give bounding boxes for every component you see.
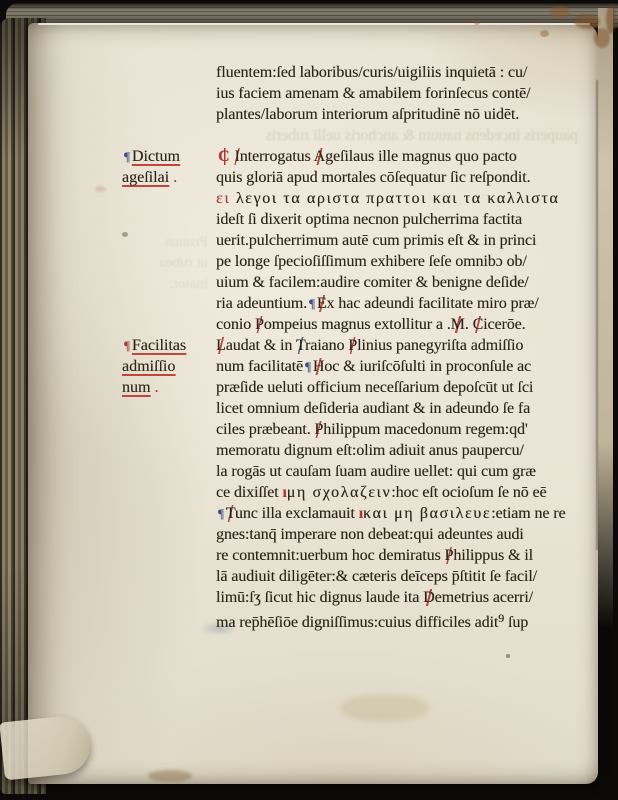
text-segment: D [423,589,434,606]
text-line: licet omnium deſideria audiant & in adeu… [216,398,578,419]
text-segment: ciles præbeant. [216,421,314,438]
text-line: conio Pompeius magnus extollitur a .M. C… [216,314,578,335]
text-line: præſide ueluti officium neceſſarium depo… [216,377,578,398]
text-line: limū:ſʒ ſicut hic dignus laude ita Demet… [216,587,578,608]
text-segment: Facilitas [132,337,186,354]
text-segment: M [451,316,465,333]
text-line: la rogās ut cauſam ſuam audire uellet: q… [216,461,578,482]
text-segment: la rogās ut cauſam ſuam audire uellet: q… [216,463,536,480]
text-segment: T [296,337,305,354]
text-segment: . [465,316,473,333]
text-line: ¶Tunc illa exclamauit ıκαι μη βασιλευε:e… [216,503,578,524]
text-line: CInterrogatus Ageſilaus ille magnus quo … [216,146,578,167]
text-segment: . [169,169,177,186]
text-line: num facilitatē¶Hoc & iuriſcōſulti in pro… [216,356,578,377]
text-segment: audat & in [226,337,296,354]
text-segment: C [473,316,484,333]
text-segment: licet omnium deſideria audiant & in adeu… [216,400,530,417]
margin-note-facilitas-admissionum: ¶Facilitasadmiſſionum . [122,335,214,398]
underlying-page-edge [598,8,613,628]
text-segment: plantes/laborum interiorum aſpritudinē n… [216,106,519,123]
text-segment: icerōe. [483,316,525,333]
text-segment: quis gloriā apud mortales cōſequatur ſic… [216,169,530,186]
text-segment: unc illa exclamauit [235,505,359,522]
text-segment: ageſilai [122,169,169,186]
text-segment: ει [216,190,236,207]
text-segment: μη σχολαζειν [287,484,392,501]
text-segment: re contemnit:uerbum hoc demiratus [216,547,445,564]
text-line: lā audiuit diligēter:& cæteris deīceps p… [216,566,578,587]
text-segment: emetrius acerri/ [435,589,533,606]
text-segment: Dictum [132,148,180,165]
text-segment: nterrogatus [240,148,314,165]
text-segment: E [317,295,327,312]
margin-note-dictum-agesilai: ¶Dictumageſilai . [122,146,214,188]
text-line: plantes/laborum interiorum aſpritudinē n… [216,104,578,125]
text-segment: A [314,148,325,165]
text-segment: :etiam ne re [491,505,565,522]
pilcrow-icon: ¶ [122,149,132,164]
page-crease [596,80,598,550]
text-segment: L [216,337,226,354]
text-segment: λεγοι τα αριστα πραττοι και τα καλλιστα [236,190,560,207]
margin-note-line: num . [122,377,214,398]
text-segment: ideſt ſi dixerit optima necnon pulcherri… [216,211,522,228]
photo-of-book-page: Primusut rubeainator. ¶Dictumageſilai . … [0,0,618,800]
text-line: ius faciem amenam & amabilem forinſecus … [216,83,578,104]
text-segment: oc & iuriſcōſulti in proconſule ac [324,358,531,375]
pilcrow-icon: ¶ [303,359,313,374]
stain [606,4,616,34]
text-segment: ria adeuntium. [216,295,307,312]
stain [474,20,480,25]
show-through-text: Primus [58,232,208,253]
margin-note-line: ¶Dictum [122,146,214,167]
text-segment: num [122,379,150,396]
text-segment: fluentem:ſed laboribus/curis/uigiliis in… [216,64,527,81]
pilcrow-icon: ¶ [307,296,317,311]
pilcrow-icon: C [216,148,231,165]
text-line: ma rep̄hēſiōe digniſſimus:cuius difficil… [216,608,578,629]
text-line: ce dixiſſet ıμη σχολαζειν:hoc eſt ocioſu… [216,482,578,503]
text-segment: ce dixiſſet [216,484,282,501]
show-through-text: ut rubea [58,253,208,274]
text-segment: :hoc eſt ocioſum ſe nō eē [391,484,546,501]
text-line: memoratu dignum eſt:olim adiuit anus pau… [216,440,578,461]
margin-note-line: admiſſio [122,356,214,377]
text-line: ria adeuntium.¶Ex hac adeundi facilitate… [216,293,578,314]
text-segment: ius faciem amenam & amabilem forinſecus … [216,85,530,102]
text-segment: ſup [504,614,528,631]
text-segment: uium & facilem:audire comiter & benigne … [216,274,529,291]
text-segment: memoratu dignum eſt:olim adiuit anus pau… [216,442,524,459]
stain [148,770,192,782]
stain [340,694,430,722]
stain [95,186,106,192]
text-segment: hilippum macedonum regem:qd' [323,421,527,438]
stain [506,654,510,658]
text-segment: P [255,316,264,333]
stain [574,14,600,29]
show-through-text: inator. [58,274,208,295]
margin-note-line: ¶Facilitas [122,335,214,356]
text-segment: lā audiuit diligēter:& cæteris deīceps p… [216,568,537,585]
show-through-text: Primusut rubeainator. [58,232,208,295]
text-line: gnes:tanq̄ imperare non debeat:qui adeun… [216,524,578,545]
text-segment: linius panegyriſta admiſſio [357,337,523,354]
text-line: fluentem:ſed laboribus/curis/uigiliis in… [216,62,578,83]
text-segment: T [226,505,235,522]
text-segment: raiano [305,337,348,354]
text-segment: P [314,421,323,438]
text-line: ει λεγοι τα αριστα πραττοι και τα καλλισ… [216,188,578,209]
text-segment: P [348,337,357,354]
text-segment: admiſſio [122,358,175,375]
text-line: ideſt ſi dixerit optima necnon pulcherri… [216,209,578,230]
text-segment: geſilaus ille magnus quo pacto [325,148,517,165]
text-segment: num facilitatē [216,358,303,375]
text-segment: uerit.pulcherrimum autē cum primis eſt &… [216,232,536,249]
text-line: uium & facilem:audire comiter & benigne … [216,272,578,293]
text-segment: H [313,358,324,375]
text-line: ciles præbeant. Philippum macedonum rege… [216,419,578,440]
text-segment: και μη βασιλευε [363,505,491,522]
stain [550,6,570,18]
text-line: pe longe ſpecioſiſſimum exhibere ſeſe om… [216,251,578,272]
text-segment: x hac adeundi facilitate miro præ/ [327,295,539,312]
text-segment: ma rep̄hēſiōe digniſſimus:cuius difficil… [216,614,498,631]
pilcrow-icon: ¶ [122,338,132,353]
text-segment: pe longe ſpecioſiſſimum exhibere ſeſe om… [216,253,527,270]
main-text-column: fluentem:ſed laboribus/curis/uigiliis in… [216,62,578,629]
margin-note-line: ageſilai . [122,167,214,188]
show-through-text: pauperis incedens nauum & anchoris uelli… [216,125,578,146]
text-line: quis gloriā apud mortales cōſequatur ſic… [216,167,578,188]
text-segment: conio [216,316,255,333]
text-line: Laudat & in Traiano Plinius panegyriſta … [216,335,578,356]
text-segment: ompeius magnus extollitur a . [264,316,451,333]
text-line: re contemnit:uerbum hoc demiratus Philip… [216,545,578,566]
text-segment: hilippus & il [453,547,533,564]
text-segment: . [150,379,158,396]
pilcrow-icon: ¶ [216,506,226,521]
text-line: uerit.pulcherrimum autē cum primis eſt &… [216,230,578,251]
text-segment: gnes:tanq̄ imperare non debeat:qui adeun… [216,526,524,543]
stain [540,30,549,37]
text-segment: præſide ueluti officium neceſſarium depo… [216,379,533,396]
text-segment: limū:ſʒ ſicut hic dignus laude ita [216,589,423,606]
